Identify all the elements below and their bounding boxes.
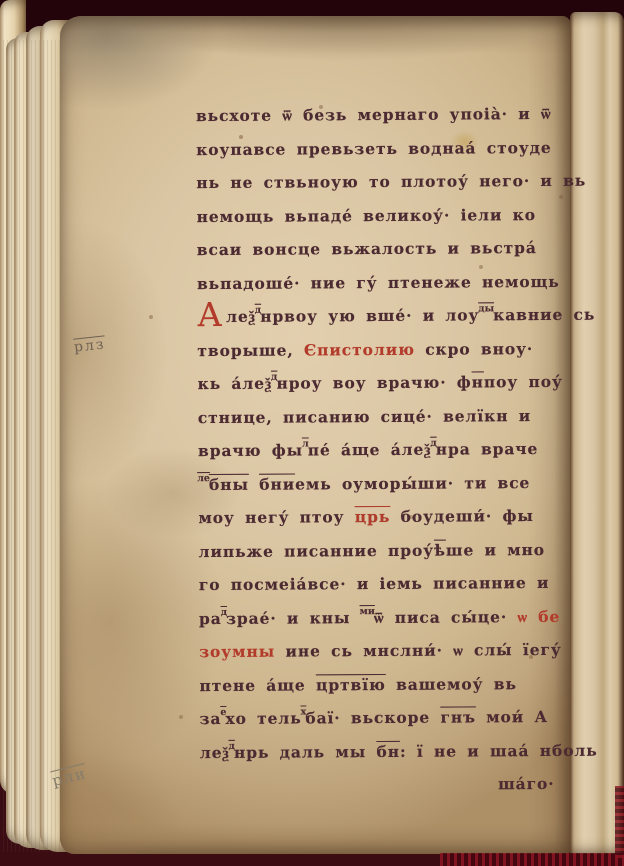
- ink-text: ѿ писа сы́це·: [374, 607, 518, 627]
- ink-text: кь а́леѯ: [198, 374, 273, 393]
- ink-text: боудеши́· фы: [390, 506, 534, 526]
- ink-text: ра: [199, 608, 222, 627]
- ink-text: н: [472, 372, 484, 391]
- ink-text: ми: [360, 595, 376, 629]
- ink-text: ле: [197, 462, 210, 496]
- ink-text: леѯ: [226, 307, 256, 326]
- text-line: стнице, писанию сице́· велїкн и: [198, 398, 564, 434]
- folio-note-top: рлз: [73, 336, 106, 355]
- ink-text: скро вноу·: [415, 339, 533, 359]
- ink-text: д: [271, 361, 278, 395]
- text-line: коупавсе превьзеть воднаа́ стоуде: [196, 130, 562, 166]
- text-line: моу негу́ птоу црь боудеши́· фы: [198, 499, 564, 535]
- ink-text: птене а́ще: [199, 675, 316, 695]
- ink-text: е: [220, 696, 226, 730]
- ink-specks: [60, 16, 62, 18]
- ink-text: нрвоу ую вше́· и лоу: [260, 305, 479, 325]
- text-line: заехо тельхбаї· вьскоре гнъ мои́ А: [200, 700, 566, 736]
- ink-text: моу негу́ птоу: [198, 507, 354, 527]
- ink-text: ине сь мнслни́· ѡ слы́ їегу́: [285, 640, 561, 661]
- ink-text: ды: [478, 292, 494, 326]
- text-line: врачю фылпе́ а́ще а́леѯднра враче: [198, 432, 564, 468]
- text-line: ша́го·: [200, 767, 566, 803]
- text-line: всаи вонсце вьжалость и вьстра́: [197, 231, 563, 267]
- text-line: зоумны ине сь мнслни́· ѡ слы́ їегу́: [199, 633, 565, 669]
- ink-text: мои́ А: [476, 707, 548, 726]
- ink-text: немощь вьпаде́ великоу́· іели ко: [197, 205, 536, 226]
- rubric-text: ѡ бе: [517, 606, 560, 625]
- ink-text: липьже писанние проу́: [199, 540, 435, 560]
- ink-text: нроу воу врачю· ф: [276, 372, 471, 392]
- ink-text: д: [228, 729, 235, 763]
- ink-text: л: [302, 427, 309, 461]
- ink-text: врачю фы: [198, 440, 303, 460]
- ink-text: ша́го·: [498, 774, 555, 793]
- ink-text: творыше,: [197, 340, 304, 360]
- ink-text: вашемоу́ вь: [386, 674, 517, 694]
- text-line: творыше, Єпистолию скро вноу·: [197, 331, 563, 367]
- ink-text: за: [200, 709, 222, 728]
- ink-text: пе́ а́ще а́леѯ: [308, 440, 432, 460]
- binding-cloth-bottom: [440, 853, 624, 866]
- manuscript-photo: вьсхоте ѿ безь мернаго упоіа̀· и ѿкоупав…: [0, 0, 624, 866]
- ink-text: вьпадоше́· ние гу́ птенеже немощь: [197, 271, 560, 292]
- rubric-text: Єпистолию: [304, 339, 415, 359]
- ink-text: гнъ: [440, 707, 476, 726]
- text-line: нь не ствьноую то плотоу́ него· и вь: [196, 164, 562, 200]
- text-line: кь а́леѯднроу воу врачю· фнпоу поу́: [197, 365, 563, 401]
- ink-text: д: [255, 294, 262, 328]
- ink-text: д: [430, 427, 437, 461]
- ink-text: коупавсе превьзеть воднаа́ стоуде: [196, 137, 552, 158]
- text-line: немощь вьпаде́ великоу́· іели ко: [196, 197, 562, 233]
- ink-text: нрь даль мы: [234, 742, 377, 762]
- ink-text: бн: [376, 741, 400, 760]
- ink-text: ѣ: [434, 540, 446, 559]
- text-line: леѯднрь даль мы бн: ї не и шаа́ нболь: [200, 733, 566, 769]
- ink-text: бны: [209, 474, 249, 493]
- ink-text: леѯ: [200, 742, 230, 761]
- ink-text: нь не ствьноую то плотоу́ него· и вь: [196, 171, 586, 192]
- text-line: лебны бниемь оуморы́ши· ти все: [198, 465, 564, 501]
- binding-cloth-right: [615, 786, 624, 858]
- ink-text: стнице, писанию сице́· велїкн и: [198, 406, 531, 427]
- text-line: птене а́ще цртвїю вашемоу́ вь: [199, 666, 565, 702]
- ink-text: баї· вьскоре: [305, 708, 440, 728]
- ink-text: вьсхоте ѿ безь мернаго упоіа̀· и ѿ: [196, 104, 552, 125]
- text-line: Алеѯднрвоу ую вше́· и лоудыкавние сь: [197, 298, 563, 334]
- ink-text: хо тель: [225, 708, 301, 727]
- ink-text: всаи вонсце вьжалость и вьстра́: [197, 238, 537, 259]
- ink-text: зрае́· и кны: [226, 608, 361, 628]
- ink-text: ше и мно: [446, 540, 545, 560]
- ink-text: х: [300, 695, 306, 729]
- ink-text: поу поу́: [484, 372, 563, 391]
- text-line: радзрае́· и кны миѿ писа сы́це· ѡ бе: [199, 599, 565, 635]
- rubric-text: зоумны: [199, 642, 285, 662]
- ink-text: емь оуморы́ши· ти все: [295, 473, 530, 493]
- text-block: вьсхоте ѿ безь мернаго упоіа̀· и ѿкоупав…: [196, 97, 566, 803]
- ink-text: д: [221, 595, 228, 629]
- text-line: вьсхоте ѿ безь мернаго упоіа̀· и ѿ: [196, 97, 562, 133]
- ink-text: кавние сь: [493, 305, 595, 325]
- text-line: вьпадоше́· ние гу́ птенеже немощь: [197, 264, 563, 300]
- rubric-text: црь: [355, 507, 391, 526]
- ink-text: [249, 474, 259, 493]
- ink-text: нра враче: [436, 439, 539, 459]
- text-line: го посмеіа́все· и іемь писанние и: [199, 566, 565, 602]
- ink-text: го посмеіа́все· и іемь писанние и: [199, 573, 550, 594]
- text-line: липьже писанние проу́ѣше и мно: [199, 532, 565, 568]
- ink-text: цртвїю: [316, 674, 386, 693]
- ink-text: : ї не и шаа́ нболь: [400, 740, 598, 760]
- facing-page-edge: [570, 12, 624, 854]
- ink-text: бни: [259, 474, 295, 493]
